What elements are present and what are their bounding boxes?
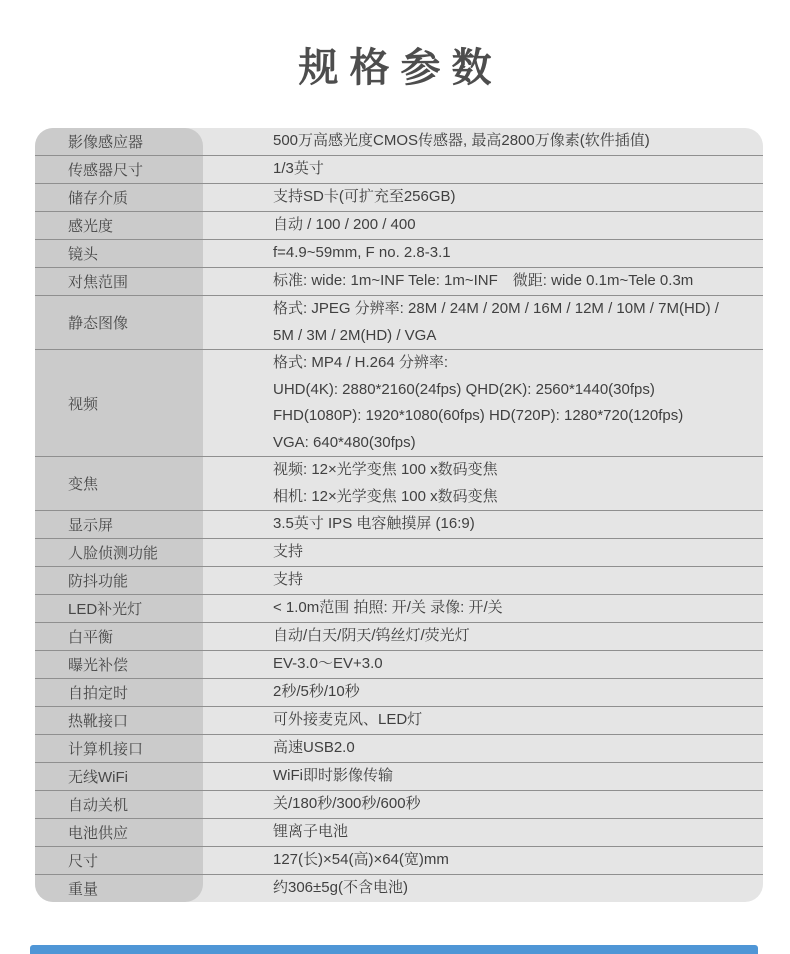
spec-label: 防抖功能 <box>35 567 203 594</box>
spec-label: 储存介质 <box>35 184 203 211</box>
table-row: 无线WiFiWiFi即时影像传输 <box>35 762 763 790</box>
spec-value-line: 格式: JPEG 分辨率: 28M / 24M / 20M / 16M / 12… <box>273 296 755 323</box>
spec-value: 关/180秒/300秒/600秒 <box>203 791 763 818</box>
spec-label: 重量 <box>35 875 203 902</box>
table-row: LED补光灯< 1.0m范围 拍照: 开/关 录像: 开/关 <box>35 594 763 622</box>
spec-value-line: 1/3英寸 <box>273 156 755 183</box>
spec-value-line: < 1.0m范围 拍照: 开/关 录像: 开/关 <box>273 595 755 622</box>
table-row: 白平衡自动/白天/阴天/钨丝灯/荧光灯 <box>35 622 763 650</box>
spec-value-line: 视频: 12×光学变焦 100 x数码变焦 <box>273 457 755 484</box>
spec-value-line: 标准: wide: 1m~INF Tele: 1m~INF 微距: wide 0… <box>273 268 755 295</box>
spec-value: WiFi即时影像传输 <box>203 763 763 790</box>
spec-label: 电池供应 <box>35 819 203 846</box>
table-row: 对焦范围标准: wide: 1m~INF Tele: 1m~INF 微距: wi… <box>35 267 763 295</box>
spec-value: 可外接麦克风、LED灯 <box>203 707 763 734</box>
spec-label: 镜头 <box>35 240 203 267</box>
table-row: 镜头f=4.9~59mm, F no. 2.8-3.1 <box>35 239 763 267</box>
spec-label: 热靴接口 <box>35 707 203 734</box>
spec-value-line: 可外接麦克风、LED灯 <box>273 707 755 734</box>
spec-value-line: UHD(4K): 2880*2160(24fps) QHD(2K): 2560*… <box>273 377 755 404</box>
spec-label: 视频 <box>35 350 203 456</box>
spec-value-line: 高速USB2.0 <box>273 735 755 762</box>
spec-value: 自动/白天/阴天/钨丝灯/荧光灯 <box>203 623 763 650</box>
spec-label: 影像感应器 <box>35 128 203 155</box>
spec-value: < 1.0m范围 拍照: 开/关 录像: 开/关 <box>203 595 763 622</box>
spec-value-line: 关/180秒/300秒/600秒 <box>273 791 755 818</box>
spec-value: 视频: 12×光学变焦 100 x数码变焦相机: 12×光学变焦 100 x数码… <box>203 457 763 510</box>
spec-value-line: 自动 / 100 / 200 / 400 <box>273 212 755 239</box>
spec-value-line: 支持 <box>273 539 755 566</box>
spec-value: 支持SD卡(可扩充至256GB) <box>203 184 763 211</box>
table-row: 防抖功能支持 <box>35 566 763 594</box>
spec-value: 自动 / 100 / 200 / 400 <box>203 212 763 239</box>
spec-label: 白平衡 <box>35 623 203 650</box>
spec-label: 人脸侦测功能 <box>35 539 203 566</box>
spec-value-line: 格式: MP4 / H.264 分辨率: <box>273 350 755 377</box>
spec-value-line: 500万高感光度CMOS传感器, 最高2800万像素(软件插值) <box>273 128 755 155</box>
bottom-accent-bar <box>30 945 758 954</box>
page-title: 规格参数 <box>0 36 790 93</box>
spec-value-line: 3.5英寸 IPS 电容触摸屏 (16:9) <box>273 511 755 538</box>
spec-label: 曝光补偿 <box>35 651 203 678</box>
spec-value-line: 支持SD卡(可扩充至256GB) <box>273 184 755 211</box>
spec-label: 尺寸 <box>35 847 203 874</box>
spec-label: 感光度 <box>35 212 203 239</box>
table-row: 人脸侦测功能支持 <box>35 538 763 566</box>
spec-value-line: VGA: 640*480(30fps) <box>273 430 755 457</box>
spec-label: 显示屏 <box>35 511 203 538</box>
spec-table: 影像感应器500万高感光度CMOS传感器, 最高2800万像素(软件插值)传感器… <box>35 128 763 902</box>
table-row: 传感器尺寸1/3英寸 <box>35 155 763 183</box>
table-row: 计算机接口高速USB2.0 <box>35 734 763 762</box>
table-row: 视频格式: MP4 / H.264 分辨率:UHD(4K): 2880*2160… <box>35 349 763 456</box>
spec-value: 标准: wide: 1m~INF Tele: 1m~INF 微距: wide 0… <box>203 268 763 295</box>
spec-label: 静态图像 <box>35 296 203 349</box>
table-row: 自动关机关/180秒/300秒/600秒 <box>35 790 763 818</box>
table-row: 显示屏3.5英寸 IPS 电容触摸屏 (16:9) <box>35 510 763 538</box>
spec-label: 无线WiFi <box>35 763 203 790</box>
spec-value-line: 支持 <box>273 567 755 594</box>
spec-label: 计算机接口 <box>35 735 203 762</box>
spec-value: 约306±5g(不含电池) <box>203 875 763 902</box>
spec-value-line: WiFi即时影像传输 <box>273 763 755 790</box>
spec-page: 规格参数 影像感应器500万高感光度CMOS传感器, 最高2800万像素(软件插… <box>0 0 790 954</box>
spec-value: 锂离子电池 <box>203 819 763 846</box>
spec-value-line: FHD(1080P): 1920*1080(60fps) HD(720P): 1… <box>273 403 755 430</box>
spec-value: f=4.9~59mm, F no. 2.8-3.1 <box>203 240 763 267</box>
spec-value-line: 127(长)×54(高)×64(宽)mm <box>273 847 755 874</box>
spec-label: 自拍定时 <box>35 679 203 706</box>
spec-value-line: EV-3.0～EV+3.0 <box>273 651 755 678</box>
table-row: 自拍定时2秒/5秒/10秒 <box>35 678 763 706</box>
spec-value: 500万高感光度CMOS传感器, 最高2800万像素(软件插值) <box>203 128 763 155</box>
spec-label: 变焦 <box>35 457 203 510</box>
spec-value-line: 锂离子电池 <box>273 819 755 846</box>
spec-value: EV-3.0～EV+3.0 <box>203 651 763 678</box>
spec-label: 自动关机 <box>35 791 203 818</box>
table-row: 储存介质支持SD卡(可扩充至256GB) <box>35 183 763 211</box>
spec-value-line: 相机: 12×光学变焦 100 x数码变焦 <box>273 484 755 511</box>
spec-value: 2秒/5秒/10秒 <box>203 679 763 706</box>
table-row: 曝光补偿EV-3.0～EV+3.0 <box>35 650 763 678</box>
spec-value-line: 自动/白天/阴天/钨丝灯/荧光灯 <box>273 623 755 650</box>
spec-value-line: 5M / 3M / 2M(HD) / VGA <box>273 323 755 350</box>
spec-value: 支持 <box>203 567 763 594</box>
spec-rows: 影像感应器500万高感光度CMOS传感器, 最高2800万像素(软件插值)传感器… <box>35 128 763 902</box>
spec-value: 格式: MP4 / H.264 分辨率:UHD(4K): 2880*2160(2… <box>203 350 763 456</box>
table-row: 静态图像格式: JPEG 分辨率: 28M / 24M / 20M / 16M … <box>35 295 763 349</box>
spec-value-line: 2秒/5秒/10秒 <box>273 679 755 706</box>
spec-value-line: 约306±5g(不含电池) <box>273 875 755 902</box>
table-row: 尺寸127(长)×54(高)×64(宽)mm <box>35 846 763 874</box>
table-row: 变焦视频: 12×光学变焦 100 x数码变焦相机: 12×光学变焦 100 x… <box>35 456 763 510</box>
table-row: 电池供应锂离子电池 <box>35 818 763 846</box>
spec-value: 高速USB2.0 <box>203 735 763 762</box>
spec-value: 格式: JPEG 分辨率: 28M / 24M / 20M / 16M / 12… <box>203 296 763 349</box>
table-row: 感光度自动 / 100 / 200 / 400 <box>35 211 763 239</box>
spec-value: 支持 <box>203 539 763 566</box>
spec-label: 传感器尺寸 <box>35 156 203 183</box>
spec-value: 3.5英寸 IPS 电容触摸屏 (16:9) <box>203 511 763 538</box>
table-row: 重量约306±5g(不含电池) <box>35 874 763 902</box>
spec-value: 127(长)×54(高)×64(宽)mm <box>203 847 763 874</box>
table-row: 热靴接口可外接麦克风、LED灯 <box>35 706 763 734</box>
spec-label: LED补光灯 <box>35 595 203 622</box>
spec-label: 对焦范围 <box>35 268 203 295</box>
table-row: 影像感应器500万高感光度CMOS传感器, 最高2800万像素(软件插值) <box>35 128 763 155</box>
spec-value-line: f=4.9~59mm, F no. 2.8-3.1 <box>273 240 755 267</box>
spec-value: 1/3英寸 <box>203 156 763 183</box>
